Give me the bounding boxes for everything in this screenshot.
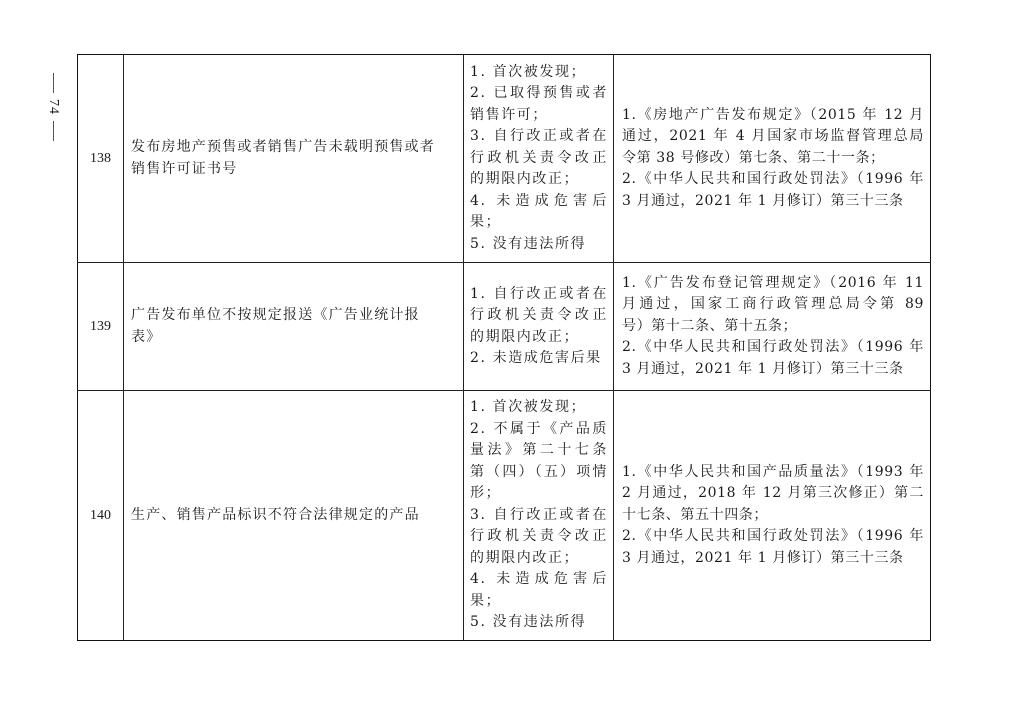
text-line: 表》 <box>131 327 457 349</box>
text-line: 2.《中华人民共和国行政处罚法》（1996 年 <box>622 526 924 548</box>
text-line: 发布房地产预售或者销售广告未载明预售或者 <box>131 137 457 159</box>
text-line: 4. 未造成危害后 <box>470 191 608 213</box>
text-line: 行政机关责令改正 <box>470 305 608 327</box>
legal-basis: 1.《广告发布登记管理规定》（2016 年 11 月通过，国家工商行政管理总局令… <box>614 263 931 391</box>
text-line: 5. 没有违法所得 <box>470 612 608 634</box>
text-line: 十七条、第五十四条； <box>622 505 924 527</box>
text-line: 果； <box>470 212 608 234</box>
text-line: 2. 不属于《产品质 <box>470 419 608 441</box>
row-number: 140 <box>78 391 124 641</box>
text-line: 行政机关责令改正 <box>470 526 608 548</box>
page-number-text: 74 <box>46 99 61 115</box>
text-line: 销售许可证书号 <box>131 159 457 181</box>
text-line: 4. 未造成危害后 <box>470 569 608 591</box>
table-row: 138 发布房地产预售或者销售广告未载明预售或者 销售许可证书号 1. 首次被发… <box>78 55 931 263</box>
text-line: 果； <box>470 591 608 613</box>
text-line: 1. 自行改正或者在 <box>470 284 608 306</box>
text-line: 2.《中华人民共和国行政处罚法》（1996 年 <box>622 169 924 191</box>
text-line: 销售许可； <box>470 105 608 127</box>
text-line: 5. 没有违法所得 <box>470 234 608 256</box>
page-number-dash-right <box>53 121 54 141</box>
legal-basis: 1.《中华人民共和国产品质量法》（1993 年 2 月通过，2018 年 12 … <box>614 391 931 641</box>
violation-description: 广告发布单位不按规定报送《广告业统计报 表》 <box>124 263 464 391</box>
text-line: 1. 首次被发现； <box>470 62 608 84</box>
text-line: 生产、销售产品标识不符合法律规定的产品 <box>131 505 457 527</box>
page-number-dash-left <box>53 73 54 93</box>
text-line: 行政机关责令改正 <box>470 148 608 170</box>
text-line: 第（四）（五）项情 <box>470 462 608 484</box>
text-line: 通过，2021 年 4 月国家市场监督管理总局 <box>622 126 924 148</box>
text-line: 月通过，国家工商行政管理总局令第 89 <box>622 294 924 316</box>
text-line: 3. 自行改正或者在 <box>470 126 608 148</box>
text-line: 的期限内改正； <box>470 327 608 349</box>
exemption-conditions: 1. 自行改正或者在 行政机关责令改正 的期限内改正； 2. 未造成危害后果 <box>464 263 614 391</box>
row-number: 139 <box>78 263 124 391</box>
text-line: 1. 首次被发现； <box>470 397 608 419</box>
text-line: 3 月通过，2021 年 1 月修订）第三十三条 <box>622 191 924 213</box>
text-line: 广告发布单位不按规定报送《广告业统计报 <box>131 305 457 327</box>
text-line: 形； <box>470 483 608 505</box>
text-line: 的期限内改正； <box>470 548 608 570</box>
legal-basis: 1.《房地产广告发布规定》（2015 年 12 月 通过，2021 年 4 月国… <box>614 55 931 263</box>
text-line: 2 月通过，2018 年 12 月第三次修正）第二 <box>622 483 924 505</box>
table-row: 139 广告发布单位不按规定报送《广告业统计报 表》 1. 自行改正或者在 行政… <box>78 263 931 391</box>
penalty-exemption-table: 138 发布房地产预售或者销售广告未载明预售或者 销售许可证书号 1. 首次被发… <box>77 54 931 641</box>
text-line: 3 月通过，2021 年 1 月修订）第三十三条 <box>622 548 924 570</box>
table-row: 140 生产、销售产品标识不符合法律规定的产品 1. 首次被发现； 2. 不属于… <box>78 391 931 641</box>
exemption-conditions: 1. 首次被发现； 2. 已取得预售或者 销售许可； 3. 自行改正或者在 行政… <box>464 55 614 263</box>
row-number: 138 <box>78 55 124 263</box>
text-line: 令第 38 号修改）第七条、第二十一条； <box>622 148 924 170</box>
text-line: 1.《广告发布登记管理规定》（2016 年 11 <box>622 273 924 295</box>
text-line: 量法》第二十七条 <box>470 440 608 462</box>
text-line: 1.《房地产广告发布规定》（2015 年 12 月 <box>622 105 924 127</box>
text-line: 1.《中华人民共和国产品质量法》（1993 年 <box>622 462 924 484</box>
text-line: 3 月通过，2021 年 1 月修订）第三十三条 <box>622 359 924 381</box>
text-line: 2. 已取得预售或者 <box>470 83 608 105</box>
text-line: 的期限内改正； <box>470 169 608 191</box>
text-line: 号）第十二条、第十五条； <box>622 316 924 338</box>
text-line: 3. 自行改正或者在 <box>470 505 608 527</box>
text-line: 2. 未造成危害后果 <box>470 348 608 370</box>
page-number: 74 <box>43 62 63 152</box>
text-line: 2.《中华人民共和国行政处罚法》（1996 年 <box>622 337 924 359</box>
violation-description: 生产、销售产品标识不符合法律规定的产品 <box>124 391 464 641</box>
exemption-conditions: 1. 首次被发现； 2. 不属于《产品质 量法》第二十七条 第（四）（五）项情 … <box>464 391 614 641</box>
violation-description: 发布房地产预售或者销售广告未载明预售或者 销售许可证书号 <box>124 55 464 263</box>
